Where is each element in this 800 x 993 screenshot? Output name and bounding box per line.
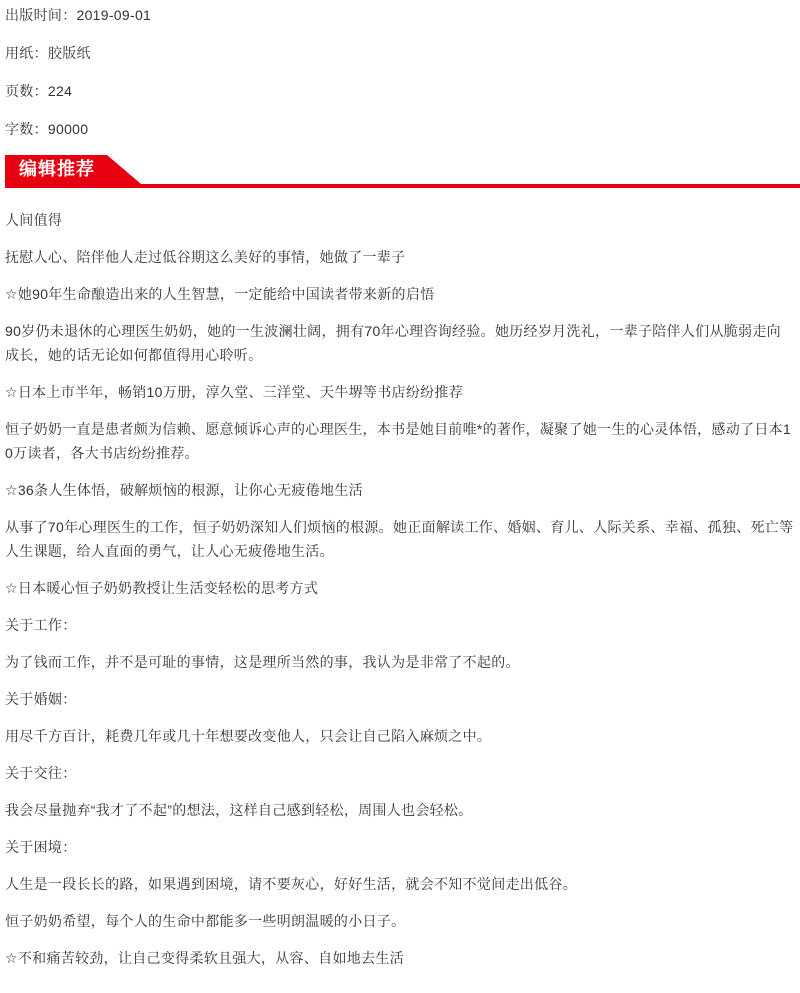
- recommendation-paragraph: ☆她90年生命酿造出来的人生智慧，一定能给中国读者带来新的启悟: [5, 282, 795, 306]
- recommendation-paragraph: 抚慰人心、陪伴他人走过低谷期这么美好的事情，她做了一辈子: [5, 245, 795, 269]
- recommendation-paragraph: 从事了70年心理医生的工作，恒子奶奶深知人们烦恼的根源。她正面解读工作、婚姻、育…: [5, 515, 795, 563]
- recommendation-paragraph: 关于交往：: [5, 761, 795, 785]
- meta-item: 页数：224: [5, 79, 795, 103]
- recommendation-paragraph: 人间值得: [5, 208, 795, 232]
- recommendation-paragraph: ☆36条人生体悟，破解烦恼的根源，让你心无疲倦地生活: [5, 478, 795, 502]
- section-header: 编辑推荐: [5, 155, 800, 188]
- recommendation-paragraph: ☆日本上市半年，畅销10万册，淳久堂、三洋堂、天牛堺等书店纷纷推荐: [5, 380, 795, 404]
- meta-item: 字数：90000: [5, 117, 795, 141]
- meta-item: 用纸：胶版纸: [5, 41, 795, 65]
- section-tab: 编辑推荐: [5, 155, 141, 184]
- meta-item: 出版时间：2019-09-01: [5, 3, 795, 27]
- book-detail-page: 出版时间：2019-09-01 用纸：胶版纸 页数：224 字数：90000 编…: [0, 0, 800, 993]
- recommendation-paragraph: 90岁仍未退休的心理医生奶奶，她的一生波澜壮阔，拥有70年心理咨询经验。她历经岁…: [5, 319, 795, 367]
- section-title: 编辑推荐: [5, 155, 95, 184]
- recommendation-paragraph: ☆日本暖心恒子奶奶教授让生活变轻松的思考方式: [5, 576, 795, 600]
- recommendation-paragraph: 恒子奶奶一直是患者颇为信赖、愿意倾诉心声的心理医生，本书是她目前唯*的著作，凝聚…: [5, 417, 795, 465]
- recommendation-paragraph: 人生是一段长长的路，如果遇到困境，请不要灰心，好好生活，就会不知不觉间走出低谷。: [5, 872, 795, 896]
- recommendation-paragraph: 用尽千方百计，耗费几年或几十年想要改变他人，只会让自己陷入麻烦之中。: [5, 724, 795, 748]
- recommendation-paragraph: 关于困境：: [5, 835, 795, 859]
- recommendation-paragraph: 恒子奶奶希望，每个人的生命中都能多一些明朗温暖的小日子。: [5, 909, 795, 933]
- recommendation-paragraph: ☆不和痛苦较劲，让自己变得柔软且强大，从容、自如地去生活: [5, 946, 795, 970]
- book-meta-list: 出版时间：2019-09-01 用纸：胶版纸 页数：224 字数：90000: [5, 3, 795, 141]
- recommendation-paragraph: 为了钱而工作，并不是可耻的事情，这是理所当然的事，我认为是非常了不起的。: [5, 650, 795, 674]
- recommendation-paragraph: 关于工作：: [5, 613, 795, 637]
- recommendation-paragraph: 我会尽量抛弃“我才了不起”的想法，这样自己感到轻松，周围人也会轻松。: [5, 798, 795, 822]
- recommendation-paragraph: 关于婚姻：: [5, 687, 795, 711]
- recommendation-content: 人间值得 抚慰人心、陪伴他人走过低谷期这么美好的事情，她做了一辈子 ☆她90年生…: [5, 208, 795, 970]
